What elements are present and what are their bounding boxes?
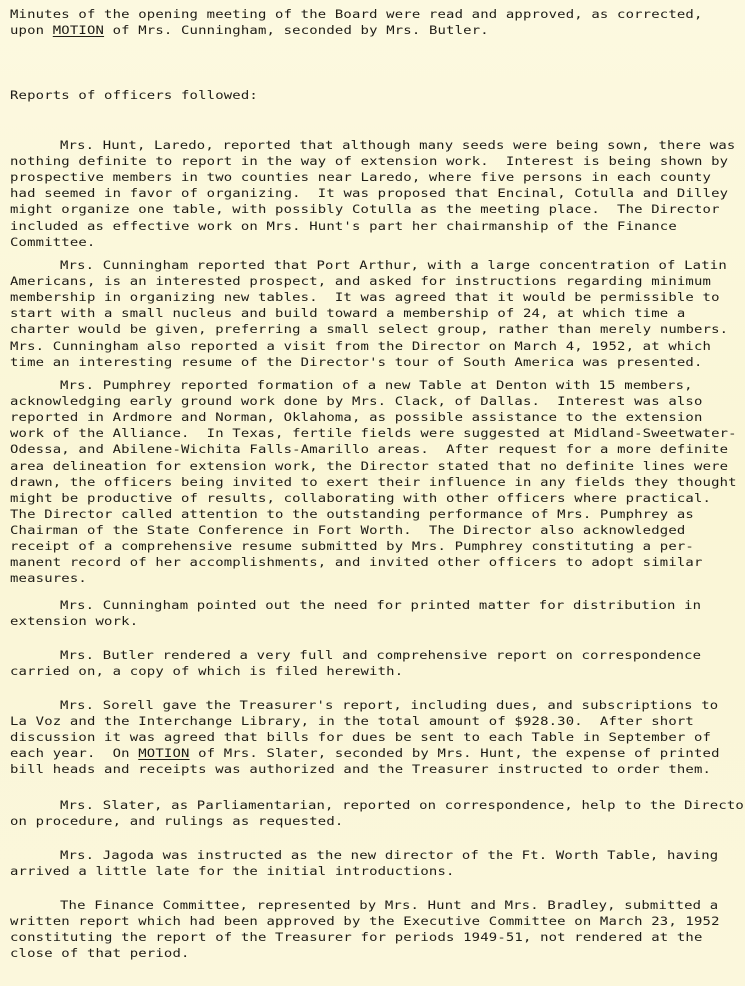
- text-run: might be productive of results, collabor…: [10, 491, 711, 505]
- text-run: might organize one table, with possibly …: [10, 202, 720, 216]
- text-run: Americans, is an interested prospect, an…: [10, 274, 711, 288]
- text-run: Mrs. Cunningham also reported a visit fr…: [10, 339, 711, 353]
- text-run: Chairman of the State Conference in Fort…: [10, 523, 685, 537]
- text-line: drawn, the officers being invited to exe…: [10, 474, 737, 490]
- text-line: The Director called attention to the out…: [10, 506, 694, 522]
- text-run: Mrs. Hunt, Laredo, reported that althoug…: [60, 138, 735, 152]
- text-run: nothing definite to report in the way of…: [10, 154, 728, 168]
- text-line: included as effective work on Mrs. Hunt'…: [10, 218, 677, 234]
- text-line: Mrs. Hunt, Laredo, reported that althoug…: [60, 137, 735, 153]
- text-run: reported in Ardmore and Norman, Oklahoma…: [10, 410, 703, 424]
- text-run: written report which had been approved b…: [10, 914, 720, 928]
- text-run: upon: [10, 23, 53, 37]
- text-run: Mrs. Sorell gave the Treasurer's report,…: [60, 698, 718, 712]
- text-line: Mrs. Slater, as Parliamentarian, reporte…: [60, 797, 745, 813]
- text-line: manent record of her accomplishments, an…: [10, 554, 703, 570]
- text-run: constituting the report of the Treasurer…: [10, 930, 703, 944]
- text-line: constituting the report of the Treasurer…: [10, 929, 703, 945]
- text-line: time an interesting resume of the Direct…: [10, 354, 703, 370]
- text-run: drawn, the officers being invited to exe…: [10, 475, 737, 489]
- text-run: Reports of officers followed:: [10, 88, 258, 102]
- text-run: of Mrs. Slater, seconded by Mrs. Hunt, t…: [190, 746, 720, 760]
- text-run: close of that period.: [10, 946, 190, 960]
- text-line: upon MOTION of Mrs. Cunningham, seconded…: [10, 22, 489, 38]
- minutes-page: Minutes of the opening meeting of the Bo…: [0, 0, 745, 986]
- text-run: manent record of her accomplishments, an…: [10, 555, 703, 569]
- text-line: Americans, is an interested prospect, an…: [10, 273, 711, 289]
- underlined-motion: MOTION: [138, 746, 189, 760]
- text-line: acknowledging early ground work done by …: [10, 393, 703, 409]
- text-run: work of the Alliance. In Texas, fertile …: [10, 426, 737, 440]
- text-run: arrived a little late for the initial in…: [10, 864, 455, 878]
- text-line: charter would be given, preferring a sma…: [10, 321, 728, 337]
- text-run: Minutes of the opening meeting of the Bo…: [10, 7, 703, 21]
- text-line: might organize one table, with possibly …: [10, 201, 720, 217]
- text-run: extension work.: [10, 614, 138, 628]
- text-line: Reports of officers followed:: [10, 87, 258, 103]
- text-line: Minutes of the opening meeting of the Bo…: [10, 6, 703, 22]
- text-line: had seemed in favor of organizing. It wa…: [10, 185, 728, 201]
- text-line: start with a small nucleus and build tow…: [10, 305, 685, 321]
- text-line: Mrs. Jagoda was instructed as the new di…: [60, 847, 718, 863]
- text-run: time an interesting resume of the Direct…: [10, 355, 703, 369]
- text-run: prospective members in two counties near…: [10, 170, 711, 184]
- underlined-motion: MOTION: [53, 23, 104, 37]
- text-run: Mrs. Butler rendered a very full and com…: [60, 648, 701, 662]
- text-run: of Mrs. Cunningham, seconded by Mrs. But…: [104, 23, 489, 37]
- text-line: extension work.: [10, 613, 138, 629]
- text-run: Mrs. Slater, as Parliamentarian, reporte…: [60, 798, 745, 812]
- text-run: The Finance Committee, represented by Mr…: [60, 898, 718, 912]
- text-run: The Director called attention to the out…: [10, 507, 694, 521]
- text-line: reported in Ardmore and Norman, Oklahoma…: [10, 409, 703, 425]
- text-run: charter would be given, preferring a sma…: [10, 322, 728, 336]
- text-line: carried on, a copy of which is filed her…: [10, 663, 403, 679]
- text-run: discussion it was agreed that bills for …: [10, 730, 711, 744]
- text-line: written report which had been approved b…: [10, 913, 720, 929]
- text-run: Mrs. Jagoda was instructed as the new di…: [60, 848, 718, 862]
- text-run: Committee.: [10, 235, 95, 249]
- text-line: Mrs. Cunningham reported that Port Arthu…: [60, 257, 727, 273]
- text-line: Odessa, and Abilene-Wichita Falls-Amaril…: [10, 441, 728, 457]
- text-line: each year. On MOTION of Mrs. Slater, sec…: [10, 745, 720, 761]
- text-line: bill heads and receipts was authorized a…: [10, 761, 711, 777]
- text-line: close of that period.: [10, 945, 190, 961]
- text-line: Mrs. Butler rendered a very full and com…: [60, 647, 701, 663]
- text-run: acknowledging early ground work done by …: [10, 394, 703, 408]
- text-line: La Voz and the Interchange Library, in t…: [10, 713, 694, 729]
- text-run: membership in organizing new tables. It …: [10, 290, 720, 304]
- text-run: Mrs. Cunningham reported that Port Arthu…: [60, 258, 727, 272]
- text-run: area delineation for extension work, the…: [10, 459, 728, 473]
- text-line: prospective members in two counties near…: [10, 169, 711, 185]
- text-run: La Voz and the Interchange Library, in t…: [10, 714, 694, 728]
- text-run: carried on, a copy of which is filed her…: [10, 664, 403, 678]
- text-line: measures.: [10, 570, 87, 586]
- text-run: Mrs. Pumphrey reported formation of a ne…: [60, 378, 693, 392]
- text-line: receipt of a comprehensive resume submit…: [10, 538, 694, 554]
- text-run: bill heads and receipts was authorized a…: [10, 762, 711, 776]
- text-line: membership in organizing new tables. It …: [10, 289, 720, 305]
- text-line: Mrs. Sorell gave the Treasurer's report,…: [60, 697, 718, 713]
- text-line: on procedure, and rulings as requested.: [10, 813, 343, 829]
- text-line: Mrs. Cunningham also reported a visit fr…: [10, 338, 711, 354]
- text-line: Committee.: [10, 234, 95, 250]
- text-run: start with a small nucleus and build tow…: [10, 306, 685, 320]
- text-line: Chairman of the State Conference in Fort…: [10, 522, 685, 538]
- text-run: included as effective work on Mrs. Hunt'…: [10, 219, 677, 233]
- text-line: The Finance Committee, represented by Mr…: [60, 897, 718, 913]
- text-run: each year. On: [10, 746, 138, 760]
- text-run: receipt of a comprehensive resume submit…: [10, 539, 694, 553]
- text-line: area delineation for extension work, the…: [10, 458, 728, 474]
- text-line: arrived a little late for the initial in…: [10, 863, 455, 879]
- text-line: Mrs. Pumphrey reported formation of a ne…: [60, 377, 693, 393]
- text-line: work of the Alliance. In Texas, fertile …: [10, 425, 737, 441]
- text-run: had seemed in favor of organizing. It wa…: [10, 186, 728, 200]
- text-run: Odessa, and Abilene-Wichita Falls-Amaril…: [10, 442, 728, 456]
- text-run: Mrs. Cunningham pointed out the need for…: [60, 598, 701, 612]
- text-run: measures.: [10, 571, 87, 585]
- text-line: might be productive of results, collabor…: [10, 490, 711, 506]
- text-run: on procedure, and rulings as requested.: [10, 814, 343, 828]
- text-line: nothing definite to report in the way of…: [10, 153, 728, 169]
- text-line: discussion it was agreed that bills for …: [10, 729, 711, 745]
- text-line: Mrs. Cunningham pointed out the need for…: [60, 597, 701, 613]
